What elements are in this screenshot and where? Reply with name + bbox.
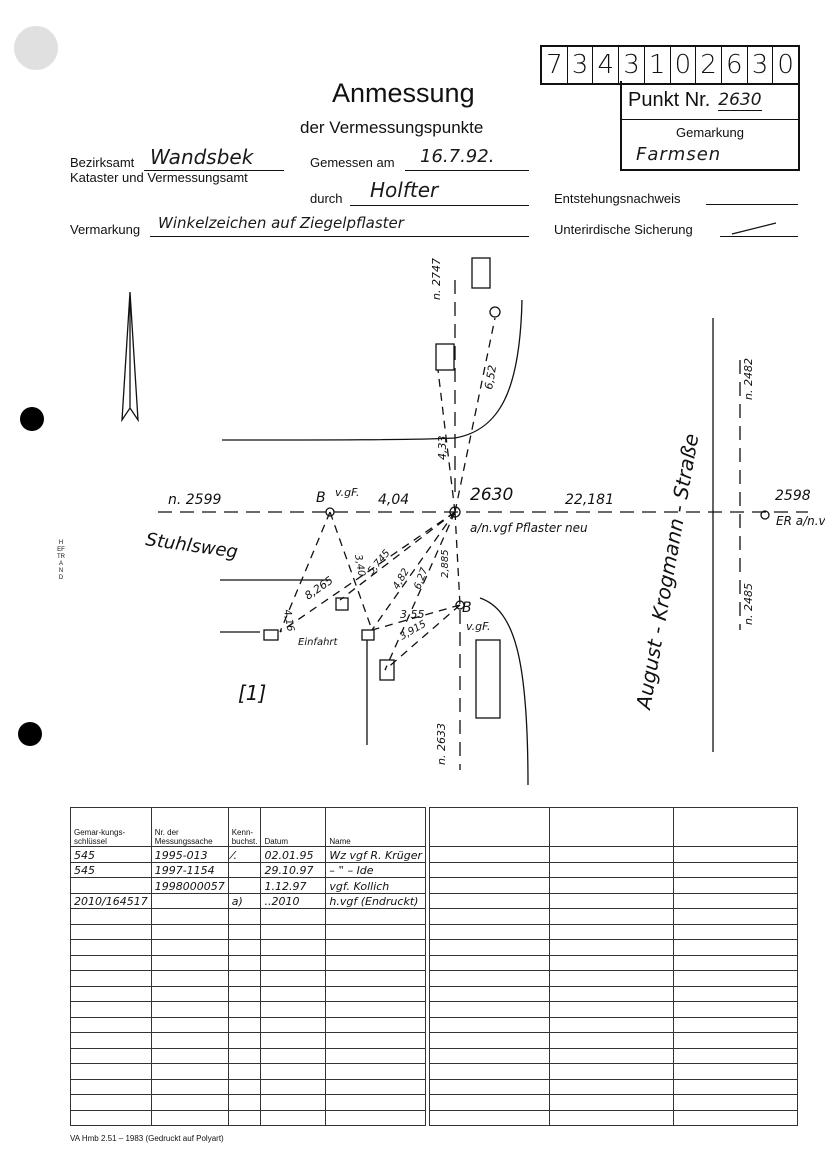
table-row-empty [71,1095,426,1111]
svg-text:4,16: 4,16 [281,609,296,633]
vermarkung-value: Winkelzeichen auf Ziegelpflaster [158,214,404,232]
svg-text:n. 2599: n. 2599 [168,492,221,508]
table-row-empty [430,1095,798,1111]
table-row-empty [430,878,798,894]
table-row-empty [430,986,798,1002]
id-digit: 3 [748,47,774,83]
durch-signature: Holfter [370,178,438,202]
header-gemarkung: Gemar-kungs-schlüssel [71,808,152,847]
svg-text:22,181: 22,181 [565,492,614,508]
id-digit: 7 [542,47,568,83]
id-number-box: 7 3 4 3 1 0 2 6 3 0 [540,45,800,85]
gemarkung-label: Gemarkung [622,125,798,140]
svg-text:3,915: 3,915 [398,619,428,643]
table-row-empty [71,1110,426,1126]
svg-text:4,33: 4,33 [436,436,449,461]
table-row-empty [430,1048,798,1064]
survey-sketch: 2630 a/n.vgf Pflaster neu Stuhlsweg Augu… [0,240,825,800]
entstehung-label: Entstehungsnachweis [554,191,680,206]
sicherung-dash [730,220,780,236]
table-row-empty [71,1002,426,1018]
svg-text:ER a/n.vgf: ER a/n.vgf [776,514,825,528]
svg-text:2,885: 2,885 [440,549,451,578]
svg-text:n. 2633: n. 2633 [435,723,448,765]
register-header-row: Gemar-kungs-schlüssel Nr. der Messungssa… [71,808,426,847]
sicherung-underline [720,236,798,237]
svg-text:4,04: 4,04 [378,492,409,508]
svg-text:2598: 2598 [775,488,811,504]
table-row-empty [430,1079,798,1095]
header-name: Name [326,808,426,847]
table-row-empty [430,808,798,847]
register-table-left: Gemar-kungs-schlüssel Nr. der Messungssa… [70,807,426,1126]
table-row-empty [430,1110,798,1126]
table-row-empty [71,971,426,987]
svg-text:Stuhlsweg: Stuhlsweg [144,529,239,563]
punkt-value: 2630 [718,90,761,111]
id-digit: 4 [593,47,619,83]
svg-text:[1]: [1] [238,681,266,705]
table-row-empty [430,940,798,956]
table-row-empty [71,1064,426,1080]
svg-text:3,40: 3,40 [352,554,367,578]
gemarkung-value: Farmsen [636,144,798,165]
vermarkung-label: Vermarkung [70,222,140,237]
header-messungssache: Nr. der Messungssache [151,808,228,847]
page-subtitle: der Vermessungspunkte [300,118,483,138]
svg-text:Einfahrt: Einfahrt [298,637,339,648]
svg-text:n. 2482: n. 2482 [742,358,755,400]
table-row: 5451997-115429.10.97– ‟ – Ide [71,862,426,878]
svg-text:6,27: 6,27 [412,566,430,591]
svg-text:5,745: 5,745 [366,548,393,577]
form-footer: VA Hmb 2.51 – 1983 (Gedruckt auf Polyart… [70,1134,224,1143]
id-digit: 6 [722,47,748,83]
bezirksamt-label: Bezirksamt [70,155,134,170]
table-row-empty [71,955,426,971]
table-row-empty [430,893,798,909]
id-digit: 3 [619,47,645,83]
table-row-empty [71,1048,426,1064]
svg-text:8,265: 8,265 [302,574,335,603]
svg-text:a/n.vgf Pflaster neu: a/n.vgf Pflaster neu [470,521,588,535]
svg-text:n. 2747: n. 2747 [430,258,443,300]
svg-text:B: B [316,490,326,506]
table-row: 2010/164517a)..2010h.vgf (Endruckt) [71,893,426,909]
entstehung-underline [706,204,798,205]
svg-text:n. 2485: n. 2485 [742,583,755,625]
svg-text:v.gF.: v.gF. [335,486,360,499]
gemessen-value: 16.7.92. [420,146,494,167]
table-row-empty [430,971,798,987]
gemessen-label: Gemessen am [310,155,395,170]
header-datum: Datum [261,808,326,847]
header-kennbuchst: Kenn-buchst. [228,808,261,847]
table-row-empty [71,986,426,1002]
table-row-empty [430,1002,798,1018]
table-row: 5451995-013⁄.02.01.95Wz vgf R. Krüger [71,847,426,863]
id-digit: 3 [568,47,594,83]
table-row-empty [430,1033,798,1049]
punch-hole-top [14,26,58,70]
svg-text:4,82: 4,82 [391,567,412,592]
durch-underline [350,205,529,206]
id-digit: 0 [671,47,697,83]
svg-text:6,52: 6,52 [482,364,499,390]
table-row-empty [430,847,798,863]
kataster-label: Kataster und Vermessungsamt [70,170,248,185]
north-arrow-icon [122,292,138,420]
table-row-empty [71,924,426,940]
bezirksamt-value: Wandsbek [150,145,253,169]
id-digit: 1 [645,47,671,83]
table-row-empty [71,1079,426,1095]
punkt-label: Punkt Nr. [628,89,710,112]
table-row-empty [430,1017,798,1033]
gemessen-underline [405,170,529,171]
svg-text:B: B [462,600,472,616]
table-row-empty [430,924,798,940]
svg-text:v.gF.: v.gF. [466,620,491,633]
table-row-empty [71,909,426,925]
table-row: 19980000571.12.97vgf. Kollich [71,878,426,894]
register-table-right [429,807,798,1126]
durch-label: durch [310,191,343,206]
table-row-empty [430,955,798,971]
id-digit: 0 [773,47,798,83]
table-row-empty [430,909,798,925]
table-row-empty [71,1033,426,1049]
sicherung-label: Unterirdische Sicherung [554,222,693,237]
punkt-box: Punkt Nr. 2630 Gemarkung Farmsen [620,81,800,171]
svg-text:2630: 2630 [470,485,513,505]
vermarkung-underline [150,236,529,237]
page-title: Anmessung [332,78,475,109]
table-row-empty [430,862,798,878]
table-row-empty [71,940,426,956]
table-row-empty [430,1064,798,1080]
svg-text:August - Krogmann - Straße: August - Krogmann - Straße [631,432,703,713]
id-digit: 2 [696,47,722,83]
table-row-empty [71,1017,426,1033]
